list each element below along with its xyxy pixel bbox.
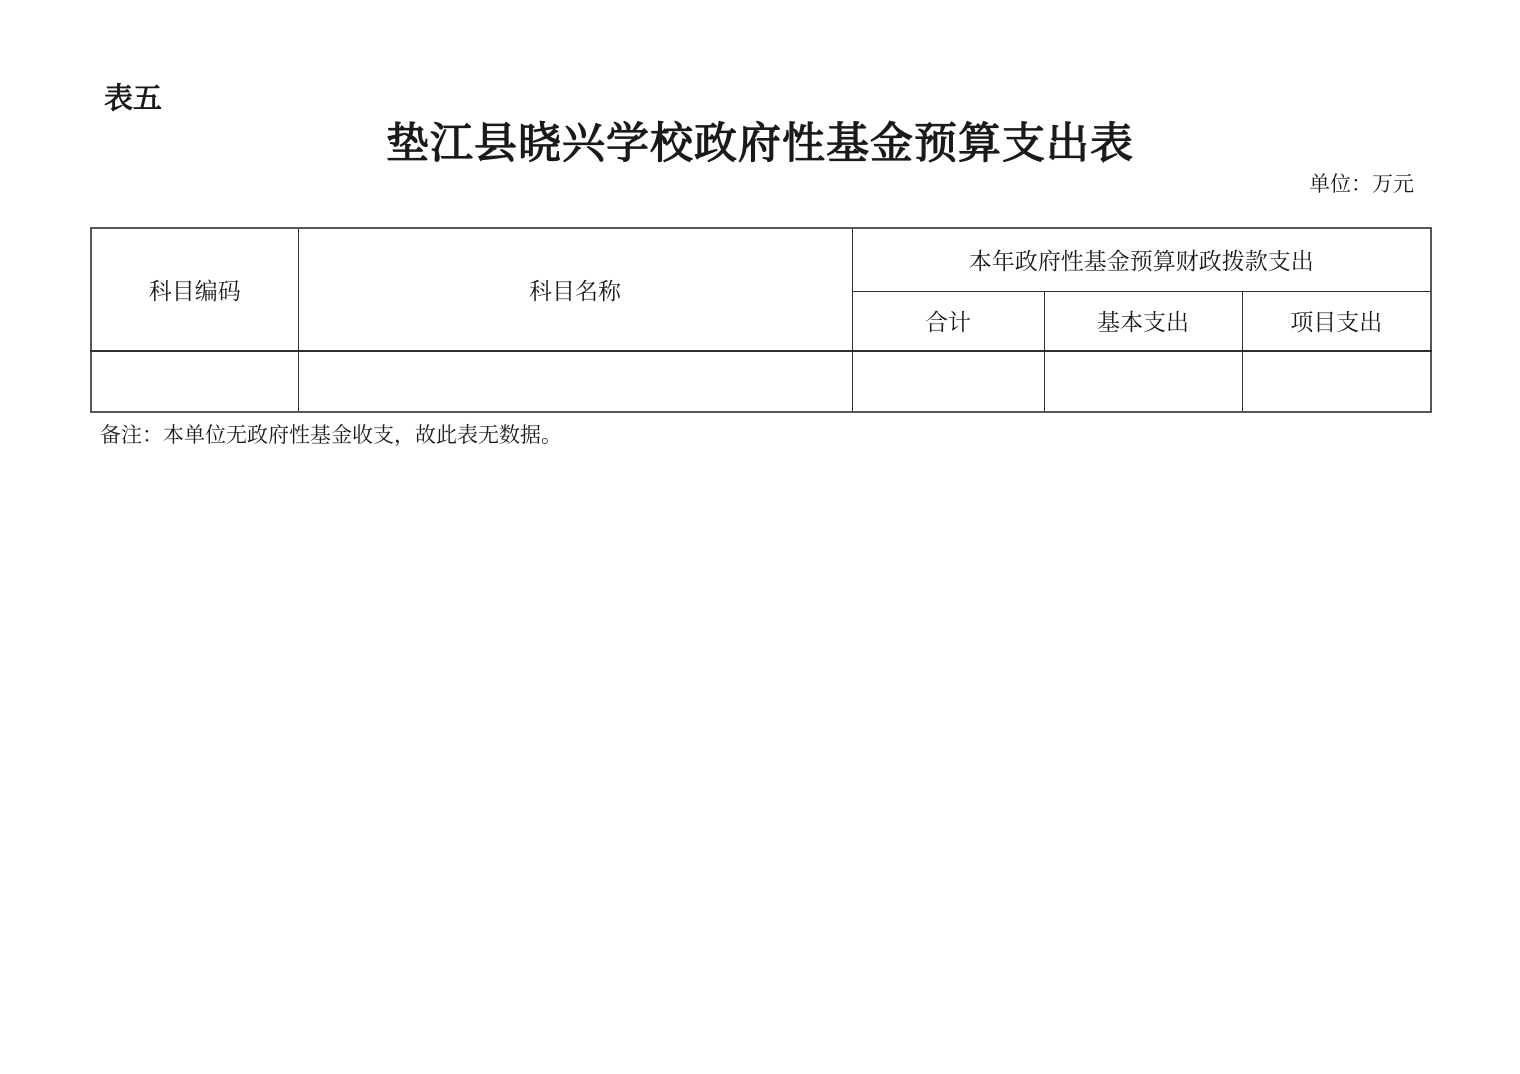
unit-label: 单位：万元 [90,171,1430,197]
header-subject-name: 科目名称 [298,228,852,351]
header-fund-group: 本年政府性基金预算财政拨款支出 [852,228,1431,291]
page-title: 垫江县晓兴学校政府性基金预算支出表 [0,116,1520,172]
cell-subject-name [298,351,852,412]
cell-basic-expenditure [1044,351,1242,412]
header-basic-expenditure: 基本支出 [1044,291,1242,351]
header-row-group: 科目编码 科目名称 本年政府性基金预算财政拨款支出 [91,228,1431,291]
budget-table: 科目编码 科目名称 本年政府性基金预算财政拨款支出 合计 基本支出 项目支出 [90,227,1432,413]
document-page: 表五 垫江县晓兴学校政府性基金预算支出表 单位：万元 科目编码 科目名称 本年政… [0,0,1520,1074]
cell-total [852,351,1044,412]
header-subject-code: 科目编码 [91,228,298,351]
table-row [91,351,1431,412]
table-number-label: 表五 [104,82,162,114]
cell-project-expenditure [1242,351,1431,412]
header-project-expenditure: 项目支出 [1242,291,1431,351]
header-total: 合计 [852,291,1044,351]
cell-subject-code [91,351,298,412]
note-text: 备注：本单位无政府性基金收支，故此表无数据。 [100,421,562,449]
